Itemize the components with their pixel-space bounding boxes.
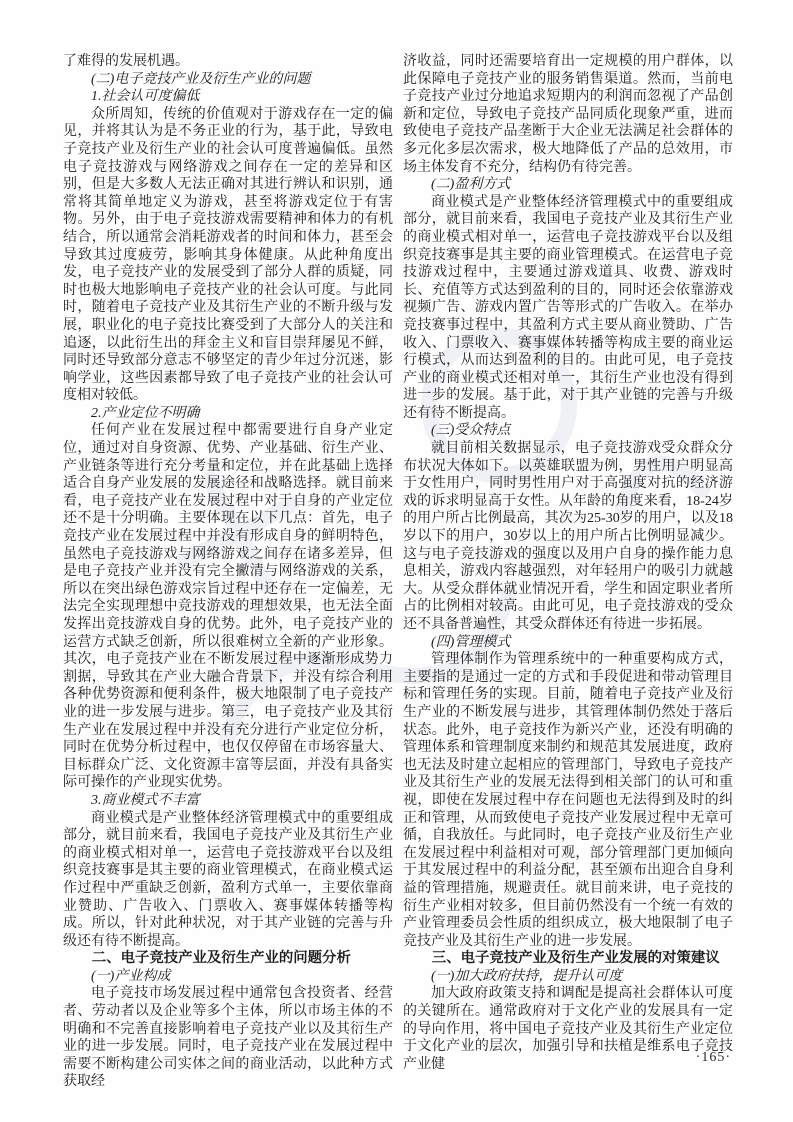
paragraph-continuation: 济收益，同时还需要培育出一定规模的用户群体，以此保障电子竞技产业的服务销售渠道。… <box>403 53 733 176</box>
body-paragraph: 众所周知，传统的价值观对于游戏存在一定的偏见，并将其认为是不务正业的行为，基于此… <box>63 106 393 405</box>
numbered-heading: 1.社会认可度偏低 <box>63 88 393 106</box>
body-paragraph: 任何产业在发展过程中都需要进行自身产业定位，通过对自身资源、优势、产业基础、衍生… <box>63 422 393 791</box>
subsection-heading: (二)电子竞技产业及衍生产业的问题 <box>63 71 393 89</box>
numbered-heading: 3.商业模式不丰富 <box>63 792 393 810</box>
page-number: ·165· <box>403 1050 733 1066</box>
right-column: 济收益，同时还需要培育出一定规模的用户群体，以此保障电子竞技产业的服务销售渠道。… <box>403 53 733 1073</box>
paragraph-continuation: 了难得的发展机遇。 <box>63 53 393 71</box>
document-page: 了难得的发展机遇。 (二)电子竞技产业及衍生产业的问题 1.社会认可度偏低 众所… <box>0 0 793 1122</box>
body-paragraph: 商业模式是产业整体经济管理模式中的重要组成部分，就目前来看，我国电子竞技产业及其… <box>403 194 733 423</box>
subsection-heading: (四)管理模式 <box>403 634 733 652</box>
left-column: 了难得的发展机遇。 (二)电子竞技产业及衍生产业的问题 1.社会认可度偏低 众所… <box>63 53 393 1091</box>
subsection-heading: (二)盈利方式 <box>403 176 733 194</box>
body-paragraph: 就目前相关数据显示，电子竞技游戏受众群众分布状况大体如下。以英雄联盟为例，男性用… <box>403 440 733 634</box>
section-heading: 二、电子竞技产业及衍生产业的问题分析 <box>63 950 393 968</box>
body-paragraph: 商业模式是产业整体经济管理模式中的重要组成部分，就目前来看，我国电子竞技产业及其… <box>63 810 393 951</box>
numbered-heading: 2.产业定位不明确 <box>63 405 393 423</box>
body-paragraph: 电子竞技市场发展过程中通常包含投资者、经营者、劳动者以及企业等多个主体，所以市场… <box>63 985 393 1091</box>
subsection-heading: (三)受众特点 <box>403 422 733 440</box>
section-heading: 三、电子竞技产业及衍生产业发展的对策建议 <box>403 950 733 968</box>
subsection-heading: (一)产业构成 <box>63 968 393 986</box>
subsection-heading: (一)加大政府扶持，提升认可度 <box>403 968 733 986</box>
body-paragraph: 管理体制作为管理系统中的一种重要构成方式，主要指的是通过一定的方式和手段促进和带… <box>403 651 733 950</box>
